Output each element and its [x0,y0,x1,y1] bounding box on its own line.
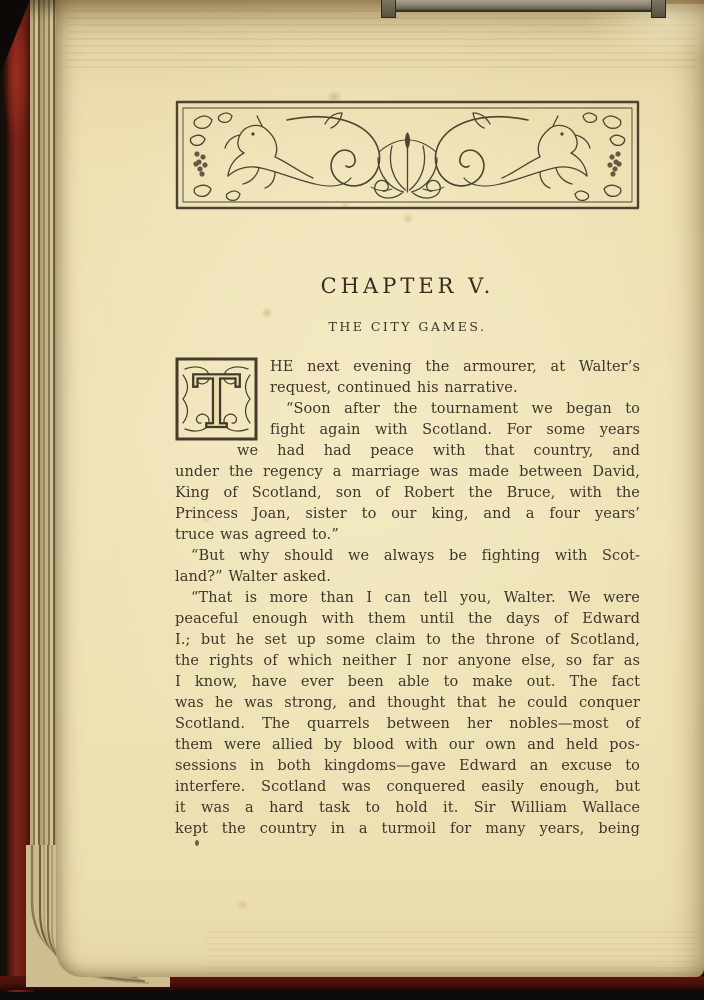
text-line: the rights of which neither I nor anyone… [175,651,640,672]
ink-speck [195,840,199,846]
text-line: land?” Walter asked. [175,567,640,588]
scanner-clamp-tab-right [651,0,666,18]
text-line: Scotland. The quarrels between her noble… [175,714,640,735]
text-line: I know, have ever been able to make out.… [175,672,640,693]
text-line: “But why should we always be fighting wi… [175,546,640,567]
text-line: interfere. Scotland was conquered easily… [175,777,640,798]
printed-page-content: CHAPTER V. THE CITY GAMES. T [175,0,640,840]
text-line: King of Scotland, son of Robert the Bruc… [175,483,640,504]
book-scan: { "book": { "paper_color": "#ecdfb0", "i… [0,0,704,1000]
chapter-subtitle: THE CITY GAMES. [175,319,640,334]
header-ornament [175,100,640,210]
text-line: we had had peace with that country, and [175,441,640,462]
text-line: “That is more than I can tell you, Walte… [175,588,640,609]
drop-cap-letter: T [192,360,240,441]
scanner-clamp-tab-left [381,0,396,18]
header-ornament-engraving [175,100,640,210]
scanner-clamp-bar [381,0,665,12]
text-line: was he was strong, and thought that he c… [175,693,640,714]
text-line: them were allied by blood with our own a… [175,735,640,756]
text-body: T HE next evening the armourer, at Walte… [175,357,640,840]
text-line: it was a hard task to hold it. Sir Willi… [175,798,640,819]
text-line: under the regency a marriage was made be… [175,462,640,483]
drop-cap-engraving: T [175,357,258,441]
chapter-title: CHAPTER V. [175,274,640,298]
drop-cap: T [175,357,258,441]
text-line: truce was agreed to.” [175,525,640,546]
text-line: sessions in both kingdoms—gave Edward an… [175,756,640,777]
text-line: I.; but he set up some claim to the thro… [175,630,640,651]
stacked-page-edges-left [30,0,58,872]
text-line: Princess Joan, sister to our king, and a… [175,504,640,525]
page-curl-streaks-bottom [206,931,698,975]
text-line: kept the country in a turmoil for many y… [175,819,640,840]
text-line: peaceful enough with them until the days… [175,609,640,630]
foxing-spot [236,899,250,911]
book-page: CHAPTER V. THE CITY GAMES. T [56,0,704,977]
book-cover-left-edge [0,0,34,992]
